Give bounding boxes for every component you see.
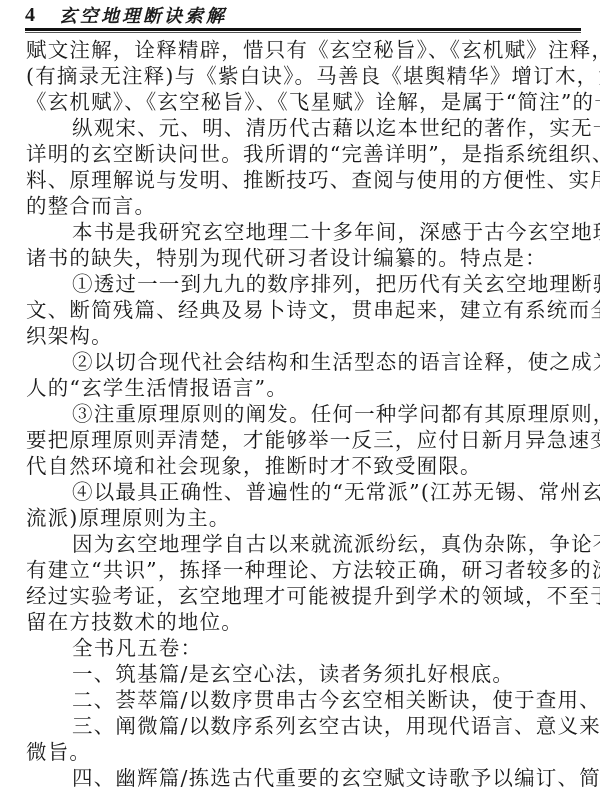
text-line: 赋文注解，诠释精辟，惜只有《玄空秘旨》、《玄机赋》注释，缺《飞星赋》 [26,37,582,63]
body-text: 赋文注解，诠释精辟，惜只有《玄空秘旨》、《玄机赋》注释，缺《飞星赋》(有摘录无注… [26,37,582,791]
text-line: 要把原理原则弄清楚，才能够举一反三，应付日新月异急速变动的现 [26,427,582,453]
text-line: 四、幽辉篇/拣选古代重要的玄空赋文诗歌予以编订、简注，阴阳 [26,765,582,791]
text-line: 文、断简残篇、经典及易卜诗文，贯串起来，建立有系统而全方位的组 [26,297,582,323]
text-line: 有建立“共识”，拣择一种理论、方法较正确，研习者较多的流派为宗， [26,557,582,583]
running-head: 4 玄空地理断诀索解 [25,2,227,28]
text-line: 一、筑基篇/是玄空心法，读者务须扎好根底。 [26,661,582,687]
text-line: 详明的玄空断诀问世。我所谓的“完善详明”，是指系统组织、广罗资 [26,141,582,167]
header-rule [25,28,581,33]
text-line: 二、荟萃篇/以数序贯串古今玄空相关断诀，使于查用、记诵。 [26,687,582,713]
page-number: 4 [25,4,59,27]
text-line: 料、原理解说与发明、推断技巧、查阅与使用的方便性、实用性等方面 [26,167,582,193]
text-line: 三、阐微篇/以数序系列玄空古诀，用现代语言、意义来诠释奥义 [26,713,582,739]
text-line: 全书凡五卷： [26,635,582,661]
text-line: 因为玄空地理学自古以来就流派纷纭，真伪杂陈，争论不息：惟 [26,531,582,557]
text-line: 诸书的缺失，特别为现代研习者设计编纂的。特点是： [26,245,582,271]
text-line: 代自然环境和社会现象，推断时才不致受囿限。 [26,453,582,479]
text-line: 织架构。 [26,323,582,349]
text-line: ①透过一一到九九的数序排列，把历代有关玄空地理断验的赋 [26,271,582,297]
text-line: ③注重原理原则的阐发。任何一种学问都有其原理原则，研习者 [26,401,582,427]
text-line: 纵观宋、元、明、清历代古藉以迄本世纪的著作，实无一本完善、 [26,115,582,141]
text-line: 微旨。 [26,739,582,765]
text-line: 留在方技数术的地位。 [26,609,582,635]
text-line: 本书是我研究玄空地理二十多年间，深感于古今玄空地理断诀 [26,219,582,245]
text-line: 《玄机赋》、《玄空秘旨》、《飞星赋》诠解，是属于“简注”的一种。 [26,89,582,115]
text-line: 人的“玄学生活情报语言”。 [26,375,582,401]
text-line: 经过实验考证，玄空地理才可能被提升到学术的领域，不至于永远停 [26,583,582,609]
text-line: (有摘录无注释)与《紫白诀》。马善良《堪舆精华》增订木，第四篇载有 [26,63,582,89]
book-title: 玄空地理断诀索解 [59,2,227,28]
text-line: 的整合而言。 [26,193,582,219]
text-line: 流派)原理原则为主。 [26,505,582,531]
text-line: ④以最具正确性、普遍性的“无常派”(江苏无锡、常州玄空地理 [26,479,582,505]
text-line: ②以切合现代社会结构和生活型态的语言诠释，使之成为现代 [26,349,582,375]
